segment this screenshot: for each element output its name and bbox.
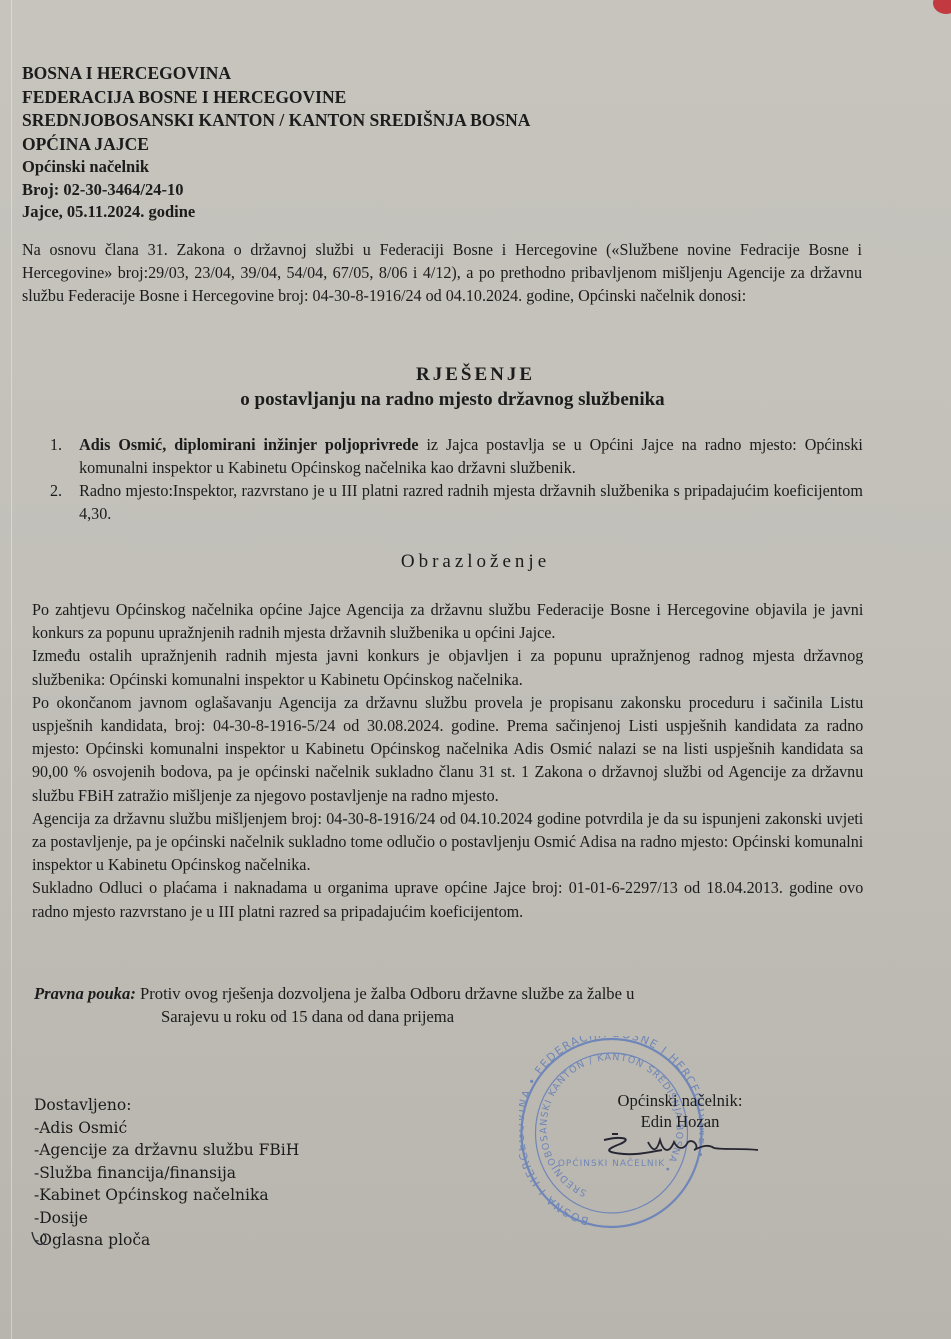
decision-title: RJEŠENJE (0, 364, 951, 386)
decision-item-number: 1. (50, 433, 79, 479)
handwritten-signature-icon (590, 1128, 770, 1164)
intro-paragraph: Na osnovu člana 31. Zakona o državnoj sl… (22, 238, 862, 308)
legal-notice-text: Protiv ovog rješenja dozvoljena je žalba… (136, 984, 635, 1003)
delivered-item: -Dosije (34, 1207, 299, 1230)
decision-item-text: Adis Osmić, diplomirani inžinjer poljopr… (79, 433, 863, 479)
delivered-label: Dostavljeno: (34, 1094, 299, 1117)
delivered-item: -Kabinet Općinskog načelnika (34, 1184, 299, 1207)
red-mark (933, 0, 951, 14)
delivered-to-list: Dostavljeno: -Adis Osmić -Agencije za dr… (34, 1094, 299, 1252)
page-edge (11, 0, 12, 1339)
delivered-item: -Adis Osmić (34, 1117, 299, 1140)
document-number: Broj: 02-30-3464/24-10 (22, 179, 530, 202)
reasoning-paragraph: Između ostalih upražnjenih radnih mjesta… (32, 644, 863, 690)
legal-notice-label: Pravna pouka: (34, 984, 136, 1003)
document-date: Jajce, 05.11.2024. godine (22, 201, 530, 224)
decision-list: 1. Adis Osmić, diplomirani inžinjer polj… (50, 433, 863, 525)
decision-item-number: 2. (50, 479, 79, 525)
decision-item: 1. Adis Osmić, diplomirani inžinjer polj… (50, 433, 863, 479)
legal-notice: Pravna pouka: Protiv ovog rješenja dozvo… (34, 982, 754, 1028)
header-federation: FEDERACIJA BOSNE I HERCEGOVINE (22, 86, 530, 110)
handwritten-check-icon (30, 1228, 52, 1248)
legal-notice-continuation: Sarajevu u roku od 15 dana od dana prije… (34, 1005, 754, 1028)
delivered-item: -Oglasna ploča (34, 1229, 299, 1252)
delivered-item: -Služba financija/finansija (34, 1162, 299, 1185)
header-office: Općinski načelnik (22, 156, 530, 179)
decision-item-bold: Adis Osmić, diplomirani inžinjer poljopr… (79, 435, 418, 454)
decision-subtitle: o postavljanju na radno mjesto državnog … (0, 389, 905, 411)
signer-block: Općinski načelnik: Edin Hozan (600, 1090, 760, 1132)
decision-item-text: Radno mjesto:Inspektor, razvrstano je u … (79, 479, 863, 525)
signer-title: Općinski načelnik: (600, 1090, 760, 1111)
header-canton: SREDNJOBOSANSKI KANTON / KANTON SREDIŠNJ… (22, 109, 530, 133)
reasoning-paragraph: Sukladno Odluci o plaćama i naknadama u … (32, 876, 863, 922)
delivered-item: -Agencije za državnu službu FBiH (34, 1139, 299, 1162)
reasoning-paragraph: Agencija za državnu službu mišljenjem br… (32, 807, 863, 877)
reasoning-paragraph: Po okončanom javnom oglašavanju Agencija… (32, 691, 863, 807)
reasoning-title: Obrazloženje (0, 551, 951, 573)
header-country: BOSNA I HERCEGOVINA (22, 62, 530, 86)
reasoning-body: Po zahtjevu Općinskog načelnika općine J… (32, 598, 863, 923)
decision-item: 2. Radno mjesto:Inspektor, razvrstano je… (50, 479, 863, 525)
document-header: BOSNA I HERCEGOVINA FEDERACIJA BOSNE I H… (22, 62, 530, 224)
reasoning-paragraph: Po zahtjevu Općinskog načelnika općine J… (32, 598, 863, 644)
header-municipality: OPĆINA JAJCE (22, 133, 530, 157)
